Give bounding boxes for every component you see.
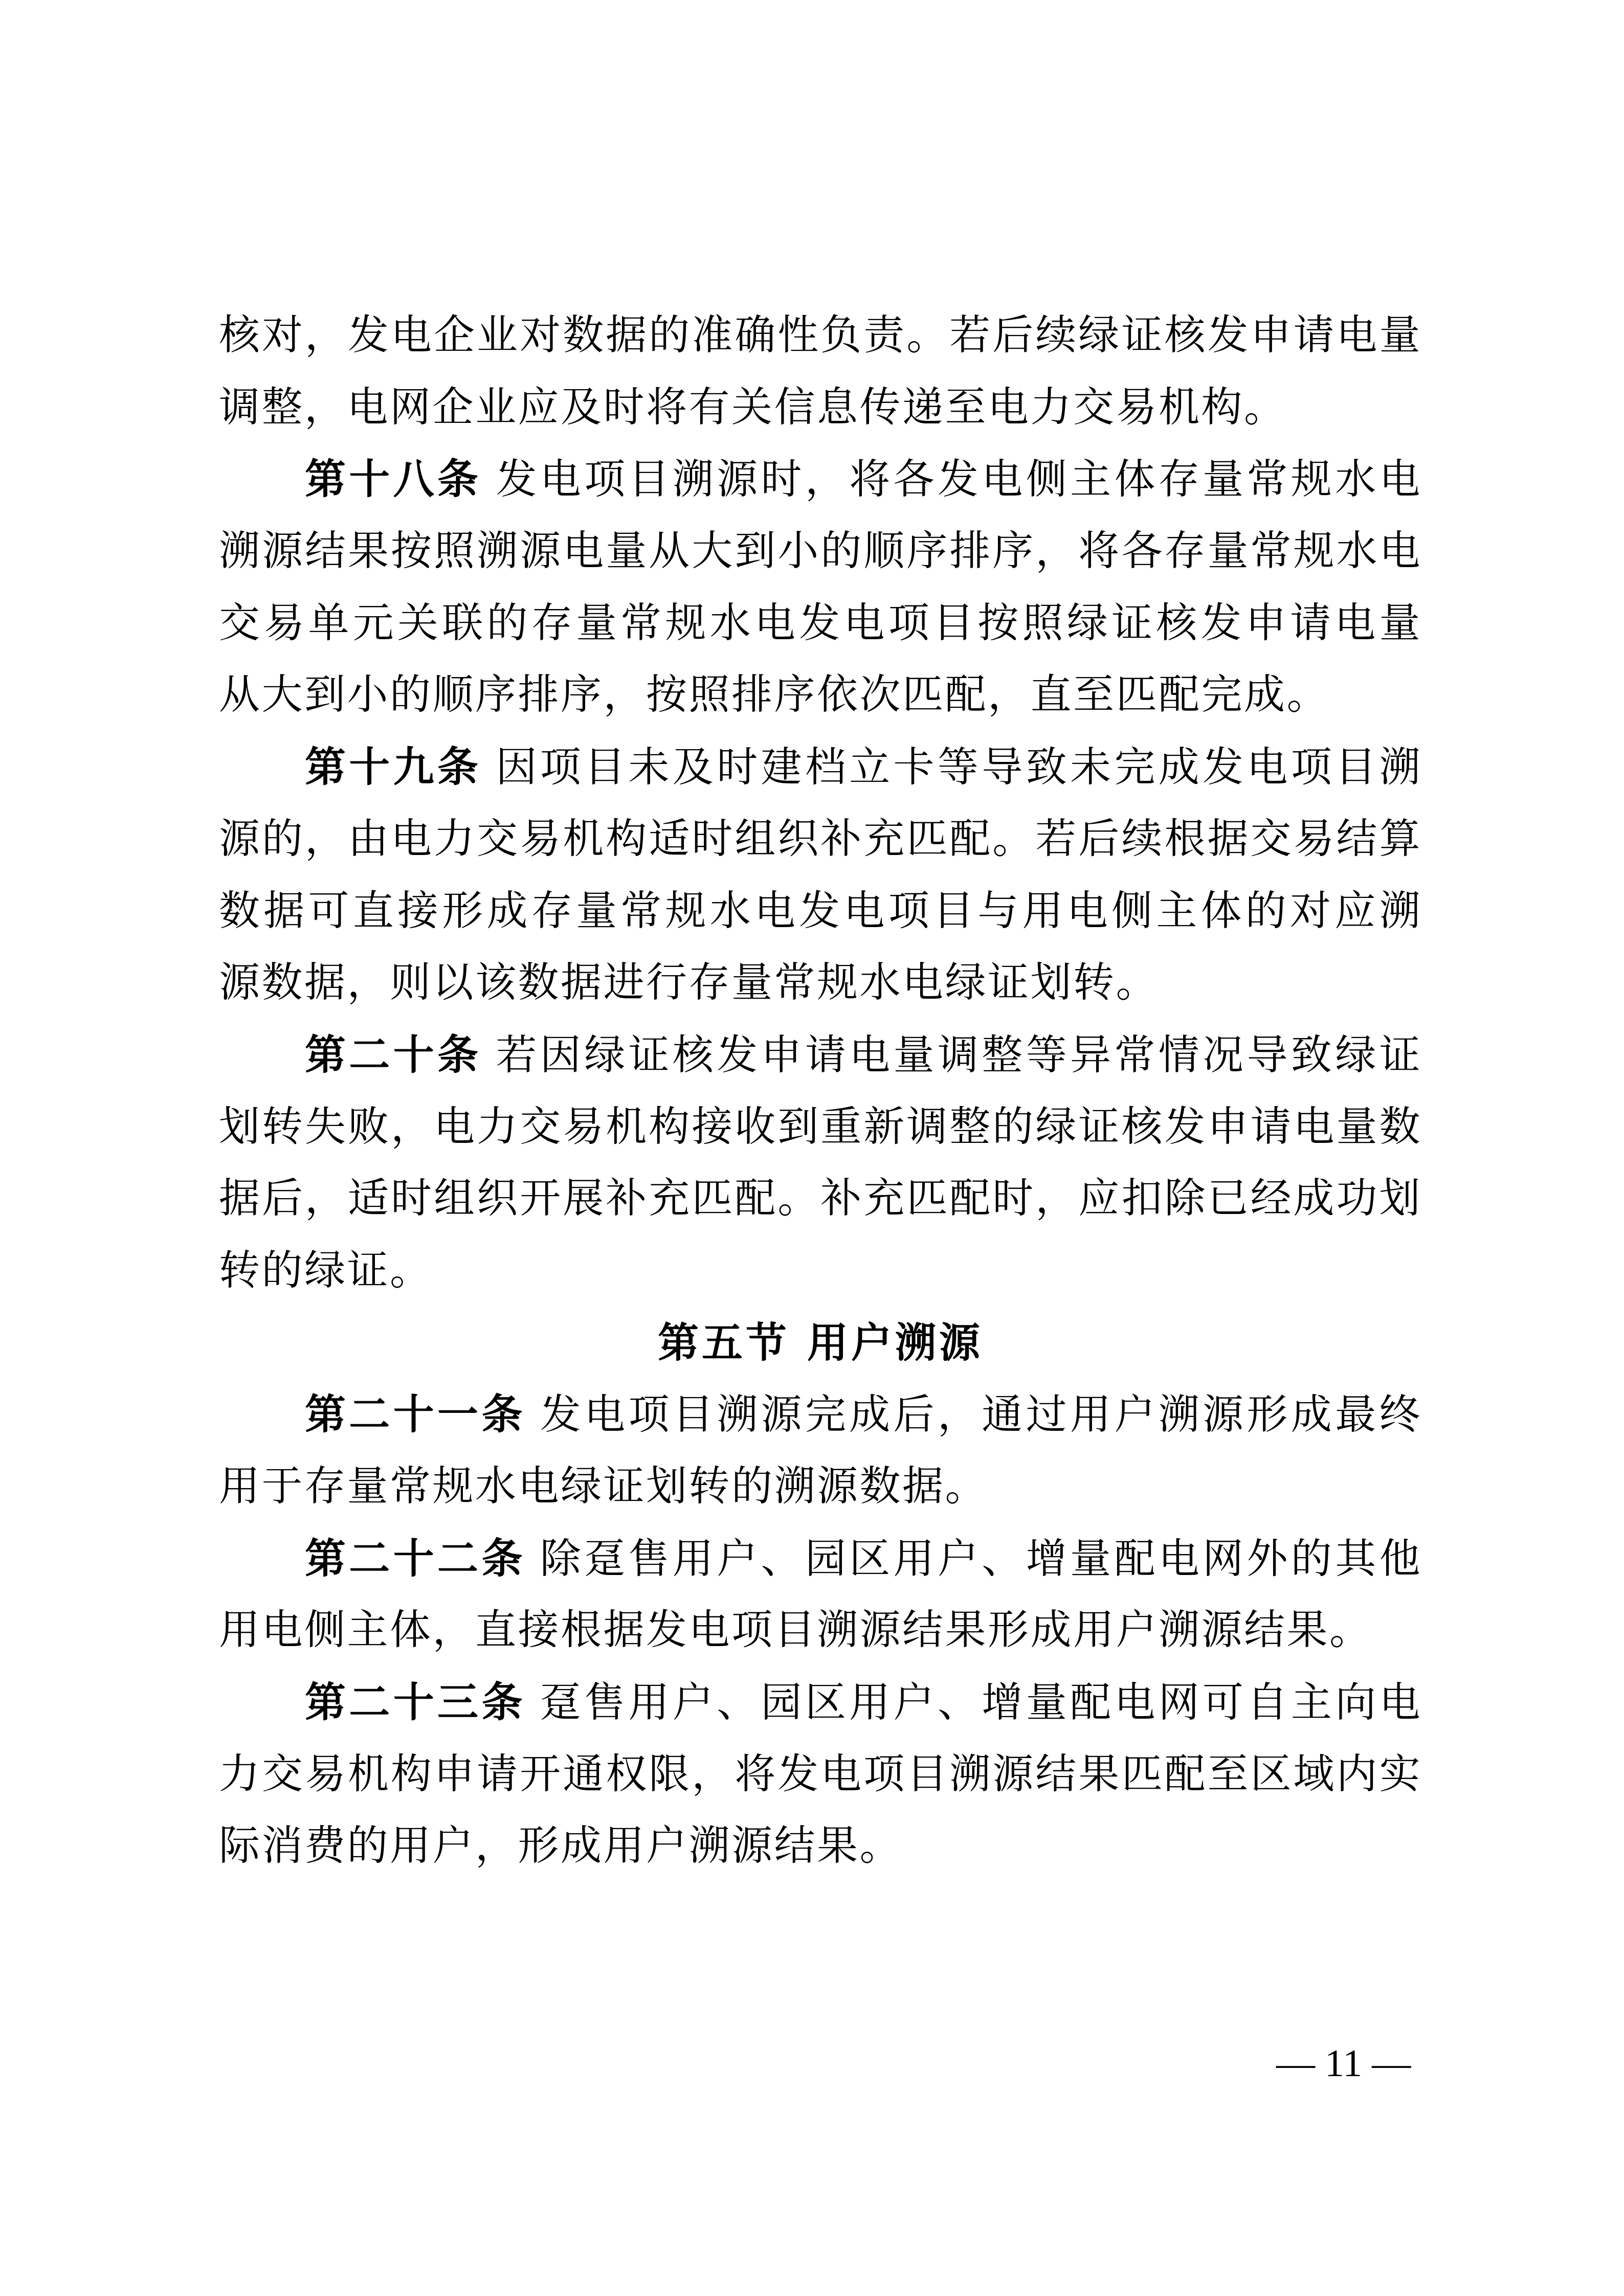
paragraph-line: 调整，电网企业应及时将有关信息传递至电力交易机构。 xyxy=(219,371,1422,443)
article-18-first-line: 第十八条发电项目溯源时，将各发电侧主体存量常规水电 xyxy=(219,443,1422,515)
article-label: 第二十三条 xyxy=(305,1678,526,1726)
article-text: 因项目未及时建档立卡等导致未完成发电项目溯 xyxy=(496,743,1422,791)
document-page: 核对，发电企业对数据的准确性负责。若后续绿证核发申请电量 调整，电网企业应及时将… xyxy=(0,0,1624,2296)
paragraph-line: 力交易机构申请开通权限，将发电项目溯源结果匹配至区域内实 xyxy=(219,1738,1422,1810)
article-label: 第二十条 xyxy=(305,1030,481,1078)
page-number: — 11 — xyxy=(1276,2040,1411,2086)
paragraph-line: 际消费的用户，形成用户溯源结果。 xyxy=(219,1810,1422,1882)
section-heading: 第五节 用户溯源 xyxy=(219,1307,1422,1379)
paragraph-line: 划转失败，电力交易机构接收到重新调整的绿证核发申请电量数 xyxy=(219,1091,1422,1163)
article-label: 第二十一条 xyxy=(305,1390,526,1438)
article-20-first-line: 第二十条若因绿证核发申请电量调整等异常情况导致绿证 xyxy=(219,1019,1422,1091)
paragraph-line: 溯源结果按照溯源电量从大到小的顺序排序，将各存量常规水电 xyxy=(219,515,1422,587)
body-text: 核对，发电企业对数据的准确性负责。若后续绿证核发申请电量 调整，电网企业应及时将… xyxy=(219,299,1422,1882)
article-text: 趸售用户、园区用户、增量配电网可自主向电 xyxy=(540,1678,1422,1726)
paragraph-line: 据后，适时组织开展补充匹配。补充匹配时，应扣除已经成功划 xyxy=(219,1162,1422,1234)
article-label: 第二十二条 xyxy=(305,1534,526,1582)
paragraph-line: 用于存量常规水电绿证划转的溯源数据。 xyxy=(219,1450,1422,1522)
paragraph-line: 源的，由电力交易机构适时组织补充匹配。若后续根据交易结算 xyxy=(219,803,1422,875)
paragraph-line: 交易单元关联的存量常规水电发电项目按照绿证核发申请电量 xyxy=(219,587,1422,659)
article-text: 发电项目溯源完成后，通过用户溯源形成最终 xyxy=(540,1390,1422,1438)
paragraph-line: 用电侧主体，直接根据发电项目溯源结果形成用户溯源结果。 xyxy=(219,1594,1422,1666)
article-19-first-line: 第十九条因项目未及时建档立卡等导致未完成发电项目溯 xyxy=(219,731,1422,803)
article-text: 除趸售用户、园区用户、增量配电网外的其他 xyxy=(540,1535,1422,1582)
article-label: 第十八条 xyxy=(305,455,481,503)
paragraph-line: 数据可直接形成存量常规水电发电项目与用电侧主体的对应溯 xyxy=(219,875,1422,947)
article-text: 若因绿证核发申请电量调整等异常情况导致绿证 xyxy=(496,1031,1422,1078)
paragraph-line: 转的绿证。 xyxy=(219,1234,1422,1307)
article-21-first-line: 第二十一条发电项目溯源完成后，通过用户溯源形成最终 xyxy=(219,1378,1422,1450)
article-23-first-line: 第二十三条趸售用户、园区用户、增量配电网可自主向电 xyxy=(219,1666,1422,1738)
paragraph-line: 核对，发电企业对数据的准确性负责。若后续绿证核发申请电量 xyxy=(219,299,1422,371)
paragraph-line: 源数据，则以该数据进行存量常规水电绿证划转。 xyxy=(219,947,1422,1019)
article-label: 第十九条 xyxy=(305,742,481,791)
article-22-first-line: 第二十二条除趸售用户、园区用户、增量配电网外的其他 xyxy=(219,1522,1422,1594)
paragraph-line: 从大到小的顺序排序，按照排序依次匹配，直至匹配完成。 xyxy=(219,659,1422,731)
article-text: 发电项目溯源时，将各发电侧主体存量常规水电 xyxy=(496,455,1422,503)
